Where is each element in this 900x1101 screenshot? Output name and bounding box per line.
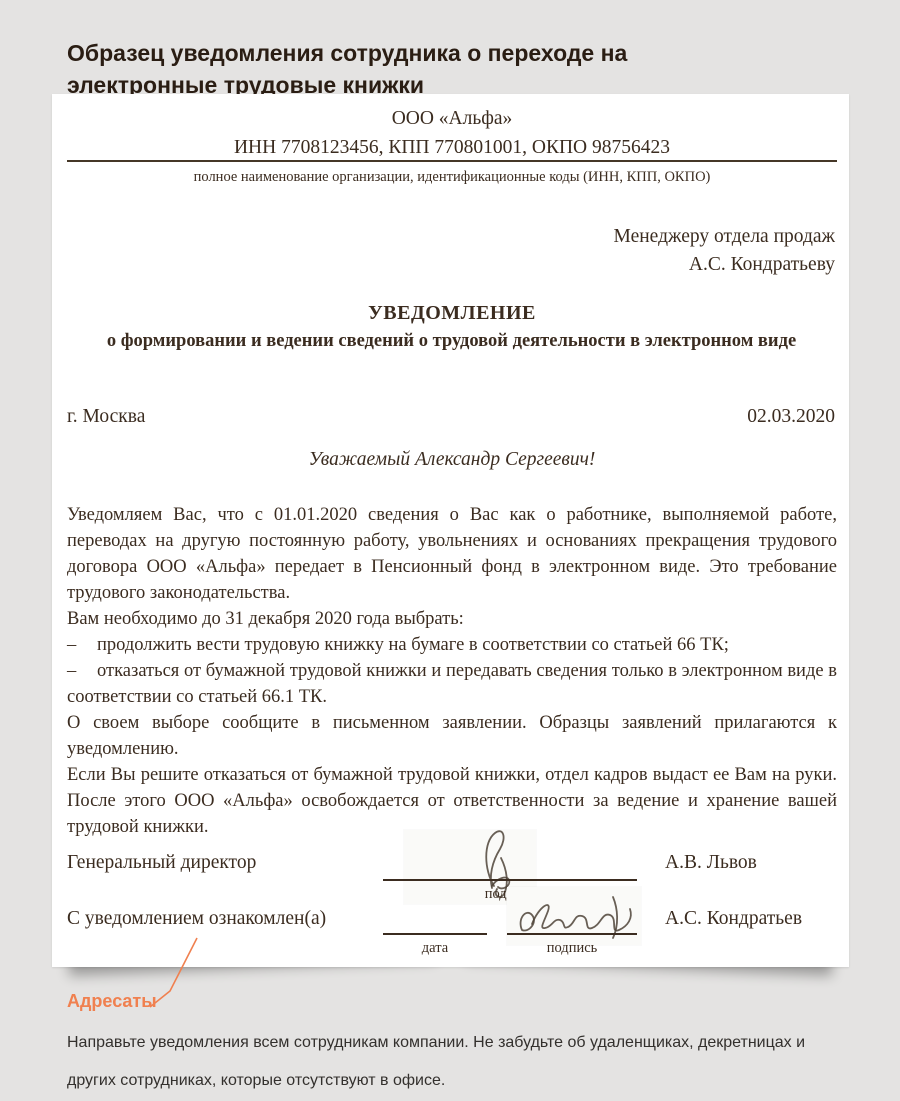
paragraph: О своем выборе сообщите в письменном зая… <box>67 710 837 762</box>
director-signature-line <box>383 879 637 881</box>
director-label: Генеральный директор <box>67 852 256 874</box>
employee-name: А.С. Кондратьев <box>665 908 802 930</box>
header-rule <box>67 160 837 162</box>
director-name: А.В. Львов <box>665 852 757 874</box>
place-date-row: г. Москва 02.03.2020 <box>67 406 835 428</box>
paragraph: Вам необходимо до 31 декабря 2020 года в… <box>67 606 837 632</box>
list-item: –продолжить вести трудовую книжку на бум… <box>67 632 837 658</box>
list-marker: – <box>67 632 97 658</box>
org-codes: ИНН 7708123456, КПП 770801001, ОКПО 9875… <box>67 133 837 162</box>
list-item-text: продолжить вести трудовую книжку на бума… <box>97 635 729 655</box>
org-header: ООО «Альфа» ИНН 7708123456, КПП 77080100… <box>67 104 837 162</box>
city-label: г. Москва <box>67 406 145 428</box>
addressee-name: А.С. Кондратьеву <box>614 251 836 279</box>
date-line <box>383 933 487 935</box>
org-caption: полное наименование организации, идентиф… <box>67 169 837 186</box>
document-card: ООО «Альфа» ИНН 7708123456, КПП 77080100… <box>52 94 849 967</box>
list-item-text: отказаться от бумажной трудовой книжки и… <box>67 661 837 707</box>
paragraph: Уведомляем Вас, что с 01.01.2020 сведени… <box>67 502 837 606</box>
notice-subheading: о формировании и ведении сведений о труд… <box>60 331 843 352</box>
list-item: –отказаться от бумажной трудовой книжки … <box>67 658 837 710</box>
annotation-description: Направьте уведомления всем сотрудникам к… <box>67 1024 845 1100</box>
date-label: 02.03.2020 <box>747 406 835 428</box>
employee-signature-line <box>507 933 637 935</box>
addressee-block: Менеджеру отдела продаж А.С. Кондратьеву <box>614 223 836 279</box>
notice-heading: УВЕДОМЛЕНИЕ <box>67 302 837 325</box>
annotation-label: Адресаты <box>67 991 157 1012</box>
list-marker: – <box>67 658 97 684</box>
body-text: Уведомляем Вас, что с 01.01.2020 сведени… <box>67 502 837 840</box>
addressee-position: Менеджеру отдела продаж <box>614 223 836 251</box>
page-title: Образец уведомления сотрудника о переход… <box>67 37 779 101</box>
date-caption: дата <box>383 940 487 957</box>
paragraph: Если Вы решите отказаться от бумажной тр… <box>67 762 837 840</box>
greeting: Уважаемый Александр Сергеевич! <box>67 449 837 471</box>
org-name: ООО «Альфа» <box>67 104 837 133</box>
signature-caption: подпись <box>507 940 637 957</box>
